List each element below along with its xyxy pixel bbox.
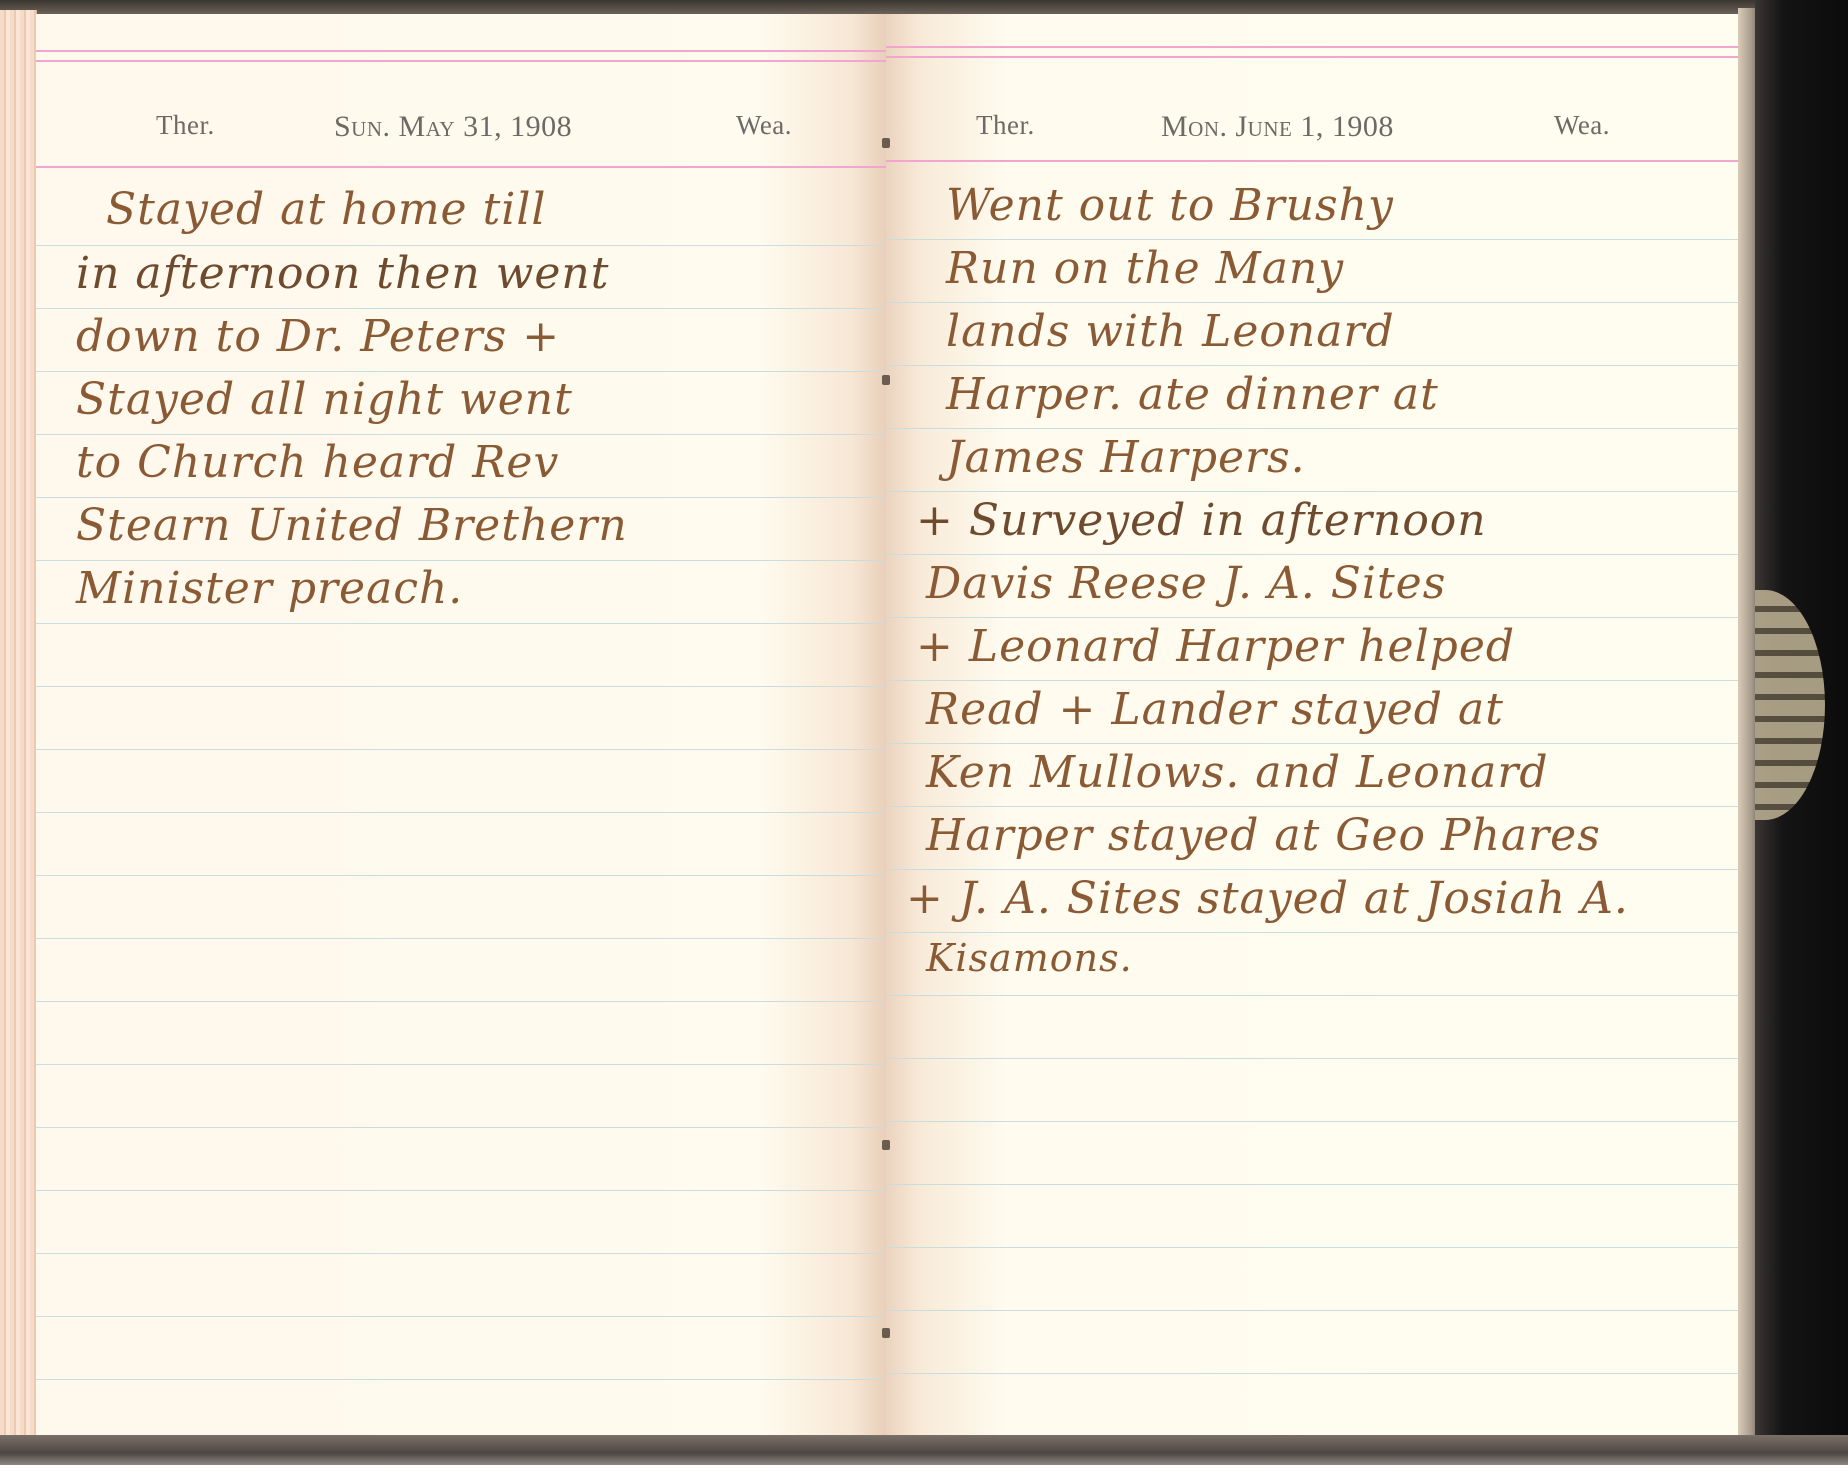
entry-line: lands with Leonard [946, 306, 1395, 357]
entry-line: Ken Mullows. and Leonard [926, 747, 1549, 798]
spine-stitch [882, 375, 890, 385]
entry-line: + Leonard Harper helped [916, 621, 1515, 672]
header-rule-bottom [36, 166, 886, 168]
page-date: Sun. May 31, 1908 [334, 110, 572, 144]
page-date: Mon. June 1, 1908 [1161, 110, 1394, 144]
entry-line: to Church heard Rev [76, 437, 559, 488]
entry-line: Went out to Brushy [946, 180, 1394, 231]
spine-stitch [882, 1328, 890, 1338]
entry-line: Minister preach. [76, 563, 463, 614]
entry-line: Read + Lander stayed at [926, 684, 1504, 735]
book-top-edge [0, 0, 1848, 14]
entry-line: Run on the Many [946, 243, 1344, 294]
entry-line: James Harpers. [946, 432, 1306, 483]
wea-label: Wea. [736, 110, 792, 141]
header-rule-top [36, 50, 886, 52]
spine-stitch [882, 1140, 890, 1150]
header-rule-top-2 [36, 60, 886, 62]
entry-line: in afternoon then went [76, 248, 609, 299]
entry-line: Harper. ate dinner at [946, 369, 1439, 420]
header-rule-top [886, 46, 1738, 48]
entry-line: Stearn United Brethern [76, 500, 628, 551]
entry-line: Harper stayed at Geo Phares [926, 810, 1601, 861]
left-page: Ther. Sun. May 31, 1908 Wea. Stayed at h… [36, 14, 886, 1436]
ther-label: Ther. [156, 110, 215, 141]
entry-line: Stayed all night went [76, 374, 573, 425]
header-rule-top-2 [886, 56, 1738, 58]
header-rule-bottom [886, 160, 1738, 162]
entry-line: down to Dr. Peters + [76, 311, 560, 362]
wea-label: Wea. [1554, 110, 1610, 141]
book-bottom-edge [0, 1435, 1848, 1465]
entry-line: Stayed at home till [106, 184, 546, 235]
page-stack-edge [0, 10, 37, 1438]
entry-line: + J. A. Sites stayed at Josiah A. [906, 873, 1629, 924]
scan-margin [0, 1465, 1848, 1479]
right-page: Ther. Mon. June 1, 1908 Wea. Went out to… [886, 14, 1738, 1436]
ther-label: Ther. [976, 110, 1035, 141]
entry-line: + Surveyed in afternoon [916, 495, 1487, 546]
spine-stitch [882, 138, 890, 148]
entry-line: Kisamons. [926, 936, 1133, 980]
diary-scan: Ther. Sun. May 31, 1908 Wea. Stayed at h… [0, 0, 1848, 1479]
entry-line: Davis Reese J. A. Sites [926, 558, 1446, 609]
